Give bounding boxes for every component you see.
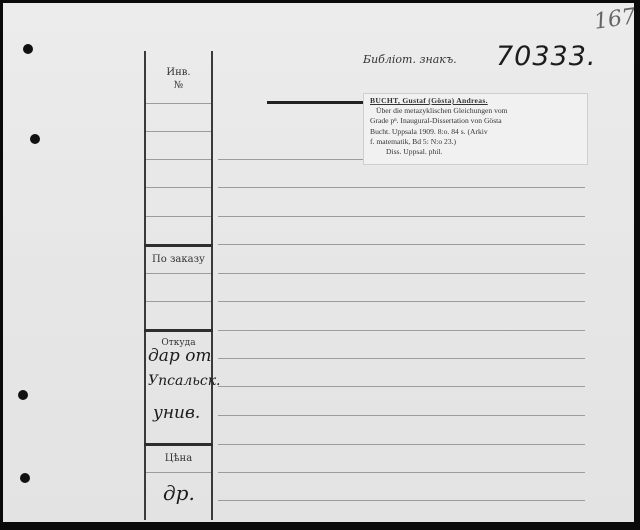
clipping-line: Über die metazyklischen Gleichungen vom [370,106,582,116]
source-handwritten-line-2: Упсальск. [148,373,221,389]
rule [146,216,211,217]
clipping-line: f. matematik, Bd 5: N:o 23.) [370,137,582,147]
column-border-left [144,51,146,520]
section-separator [144,329,213,332]
bibliographic-clipping: BUCHT, Gustaf (Gösta) Andreas. Über die … [364,94,587,164]
library-mark-label: Библіот. знакъ. [363,53,457,66]
rule [218,216,585,217]
rule [218,415,585,416]
price-label: Цѣна [145,452,212,465]
rule [218,244,585,245]
rule [146,103,211,104]
column-border-right [211,51,213,520]
rule [218,500,585,501]
punch-hole-icon [23,44,33,54]
punch-hole-icon [20,473,30,483]
rule [218,386,585,387]
clipping-note: Diss. Uppsal. phil. [370,147,582,157]
section-separator [144,244,213,247]
page-number: 167 [592,4,634,35]
price-handwritten: др. [163,481,195,505]
rule [146,273,211,274]
source-handwritten-line-3: унив. [153,403,200,423]
rule [146,159,211,160]
rule [218,472,585,473]
punch-hole-icon [18,390,28,400]
catalog-card: 167 Библіот. знакъ. 70333. Инв. № По зак… [3,3,634,522]
clipping-line: Grade pⁿ. Inaugural-Dissertation von Gös… [370,116,582,126]
rule [146,131,211,132]
section-separator [144,443,213,446]
punch-hole-icon [30,134,40,144]
inventory-label: Инв. № [145,66,212,92]
rule [218,273,585,274]
source-handwritten-line-1: дар от [148,346,212,366]
order-label: По заказу [145,253,212,266]
clipping-line: Bucht. Uppsala 1909. 8:o. 84 s. (Arkiv [370,127,582,137]
rule [218,358,585,359]
rule [146,301,211,302]
rule [218,444,585,445]
rule [146,472,211,473]
rule [218,330,585,331]
rule [146,187,211,188]
library-mark-number: 70333. [496,41,596,72]
rule [218,187,585,188]
rule [218,301,585,302]
clipping-heading: BUCHT, Gustaf (Gösta) Andreas. [370,96,582,106]
